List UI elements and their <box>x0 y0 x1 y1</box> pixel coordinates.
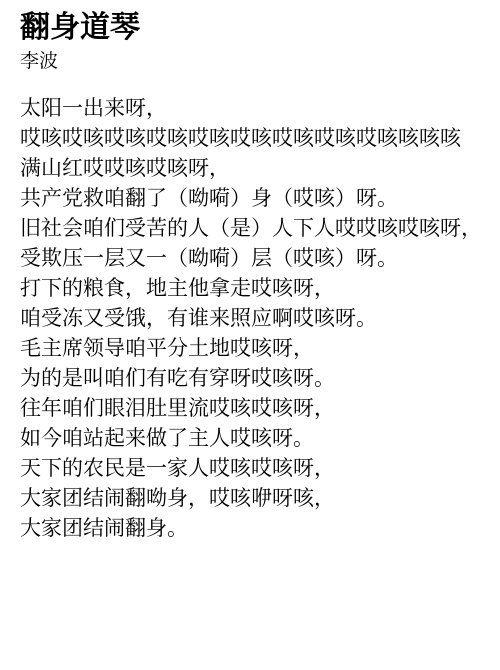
lyric-line: 大家团结闹翻身。 <box>20 513 488 543</box>
page-title: 翻身道琴 <box>20 8 488 46</box>
lyric-line: 太阳一出来呀， <box>20 93 488 123</box>
lyric-line: 受欺压一层又一（呦嗬）层（哎咳）呀。 <box>20 243 488 273</box>
author-name: 李波 <box>20 49 488 73</box>
lyric-line: 旧社会咱们受苦的人（是）人下人哎哎咳哎咳呀， <box>20 213 488 243</box>
lyrics-block: 太阳一出来呀， 哎咳哎咳哎咳哎咳哎咳哎咳哎咳哎咳哎咳咳咳咳 满山红哎哎咳哎咳呀，… <box>20 93 488 543</box>
lyric-line: 往年咱们眼泪肚里流哎咳哎咳呀， <box>20 393 488 423</box>
lyric-line: 打下的粮食，地主他拿走哎咳呀， <box>20 273 488 303</box>
lyric-line: 咱受冻又受饿，有谁来照应啊哎咳呀。 <box>20 303 488 333</box>
lyric-line: 为的是叫咱们有吃有穿呀哎咳呀。 <box>20 363 488 393</box>
lyric-line: 共产党救咱翻了（呦嗬）身（哎咳）呀。 <box>20 183 488 213</box>
lyric-line: 天下的农民是一家人哎咳哎咳呀， <box>20 453 488 483</box>
lyric-line: 如今咱站起来做了主人哎咳呀。 <box>20 423 488 453</box>
lyric-line: 毛主席领导咱平分土地哎咳呀， <box>20 333 488 363</box>
lyric-line: 大家团结闹翻呦身，哎咳咿呀咳， <box>20 483 488 513</box>
lyric-line: 哎咳哎咳哎咳哎咳哎咳哎咳哎咳哎咳哎咳咳咳咳 <box>20 123 488 153</box>
lyric-line: 满山红哎哎咳哎咳呀， <box>20 153 488 183</box>
document-page: 翻身道琴 李波 太阳一出来呀， 哎咳哎咳哎咳哎咳哎咳哎咳哎咳哎咳哎咳咳咳咳 满山… <box>0 0 500 543</box>
